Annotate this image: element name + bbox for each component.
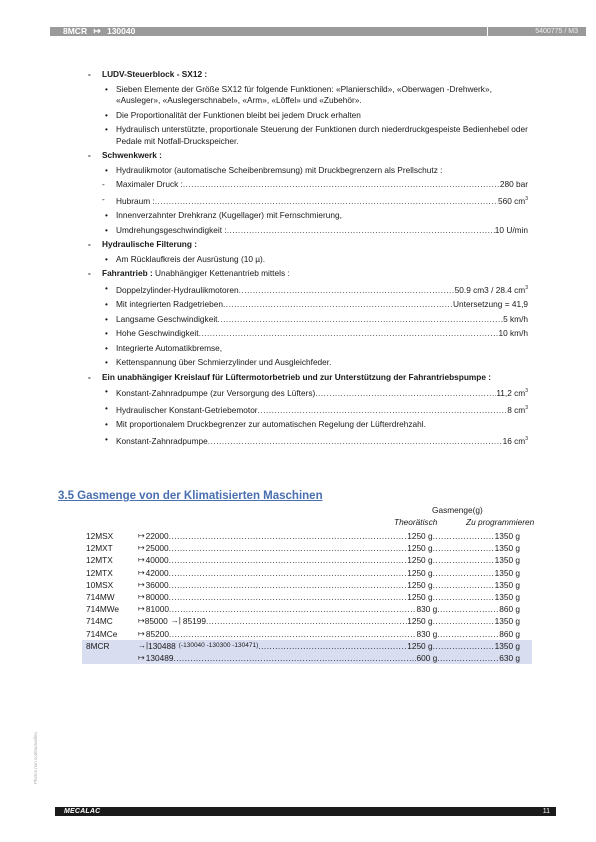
spec-label: Doppelzylinder-Hydraulikmotoren: [116, 285, 239, 297]
spec-bullet: •Hydraulisch unterstützte, proportionale…: [102, 124, 528, 147]
dash-marker: -: [88, 150, 91, 162]
theoretical-value: 1250 g: [407, 542, 432, 554]
spec-bullet: •Konstant-Zahnradpumpe 16 cm3: [102, 434, 528, 448]
spec-bullet: •Mit integrierten Radgetrieben Untersetz…: [102, 299, 528, 311]
spec-subitem: -Maximaler Druck : 280 bar: [88, 179, 528, 191]
bullet-text: Innenverzahnter Drehkranz (Kugellager) m…: [116, 210, 528, 222]
spec-bullet: •Langsame Geschwindigkeit5 km/h: [102, 314, 528, 326]
program-value: 1350 g: [495, 640, 520, 652]
bullet-text: Sieben Elemente der Größe SX12 für folge…: [116, 84, 528, 107]
spec-value: Untersetzung = 41,9: [453, 299, 528, 311]
header-serial: 130040: [107, 26, 135, 36]
spec-label: Hohe Geschwindigkeit: [116, 328, 199, 340]
dash-marker: -: [102, 194, 105, 206]
dash-marker: -: [102, 179, 105, 191]
serial-number: 40000: [146, 554, 169, 566]
theoretical-value: 1250 g: [407, 640, 432, 652]
section-heading: Ein unabhängiger Kreislauf für Lüftermot…: [102, 372, 528, 384]
serial-number: 25000: [146, 542, 169, 554]
spec-section: -Fahrantrieb : Unabhängiger Kettenantrie…: [88, 268, 528, 369]
spec-bullet: •Konstant-Zahnradpumpe (zur Versorgung d…: [102, 386, 528, 400]
model-cell: 10MSX: [86, 579, 113, 591]
dash-marker: -: [88, 69, 91, 81]
program-value: 860 g: [499, 603, 520, 615]
program-value: 630 g: [499, 652, 520, 664]
gas-table: 12MSX↦220001250 g1350 g12MXT↦250001250 g…: [82, 530, 532, 664]
serial-number: 81000: [146, 603, 169, 615]
spec-value: 5 km/h: [503, 314, 528, 326]
dot-leader: [433, 615, 495, 627]
dot-leader: [437, 652, 499, 664]
serial-number: 22000: [146, 530, 169, 542]
dash-marker: -: [88, 268, 91, 280]
dash-marker: -: [88, 372, 91, 384]
dot-leader: [315, 388, 496, 400]
theoretical-value: 1250 g: [407, 567, 432, 579]
bullet-icon: •: [105, 299, 108, 311]
dot-leader: [223, 299, 453, 311]
section-title-gas: 3.5 Gasmenge von der Klimatisierten Masc…: [58, 490, 323, 502]
bullet-icon: •: [105, 343, 108, 355]
bullet-text: Hydraulikmotor (automatische Scheibenbre…: [116, 165, 528, 177]
bullet-text: Hydraulisch unterstützte, proportionale …: [116, 124, 528, 147]
unit-superscript: 3: [525, 196, 528, 202]
serial-number: 80000: [146, 591, 169, 603]
dot-leader: [169, 554, 408, 566]
model-cell: 714MW: [86, 591, 115, 603]
spec-bullet: •Am Rücklaufkreis der Ausrüstung (10 µ).: [102, 254, 528, 266]
theoretical-value: 1250 g: [407, 554, 432, 566]
bullet-icon: •: [105, 403, 108, 415]
spec-value-line: Doppelzylinder-Hydraulikmotoren 50.9 cm3…: [116, 283, 528, 297]
section-heading: Schwenkwerk :: [102, 150, 528, 162]
program-value: 1350 g: [495, 579, 520, 591]
spec-label: Langsame Geschwindigkeit: [116, 314, 217, 326]
bullet-icon: •: [105, 210, 108, 222]
spec-value: 10 km/h: [498, 328, 528, 340]
mecalac-logo: MECALAC: [64, 807, 100, 816]
unit-superscript: 3: [525, 388, 528, 394]
dot-leader: [169, 628, 417, 640]
serial-cell: ↦130489600 g630 g: [138, 652, 520, 664]
serial-cell: ↦220001250 g1350 g: [138, 530, 520, 542]
col-group-label: Gasmenge(g): [432, 505, 483, 515]
dot-leader: [258, 405, 508, 417]
table-row: 12MTX↦420001250 g1350 g: [82, 567, 532, 579]
dot-leader: [169, 591, 408, 603]
spec-label: Maximaler Druck :: [116, 179, 183, 191]
spec-bullet: •Integrierte Automatikbremse,: [102, 343, 528, 355]
serial-cell: ↦400001250 g1350 g: [138, 554, 520, 566]
dot-leader: [199, 328, 499, 340]
spec-label: Hubraum :: [116, 196, 155, 208]
spec-value: 50.9 cm3 / 28.4 cm3: [455, 283, 528, 297]
bullet-icon: •: [105, 84, 108, 96]
spec-value-line: Hubraum : 560 cm3: [116, 194, 528, 208]
section-heading: Fahrantrieb : Unabhängiger Kettenantrieb…: [102, 268, 528, 280]
bullet-text: Integrierte Automatikbremse,: [116, 343, 528, 355]
bullet-icon: •: [105, 254, 108, 266]
bullet-text: Die Proportionalität der Funktionen blei…: [116, 110, 528, 122]
from-arrow-icon: ↦: [138, 615, 145, 627]
program-value: 1350 g: [495, 554, 520, 566]
model-cell: 12MTX: [86, 554, 113, 566]
dot-leader: [169, 530, 408, 542]
header-model: 8MCR: [63, 26, 87, 36]
dot-leader: [433, 591, 495, 603]
model-cell: 12MSX: [86, 530, 113, 542]
serial-cell: ↦800001250 g1350 g: [138, 591, 520, 603]
spec-bullet: •Doppelzylinder-Hydraulikmotoren 50.9 cm…: [102, 283, 528, 297]
spec-value-line: Konstant-Zahnradpumpe 16 cm3: [116, 434, 528, 448]
table-row: 12MXT↦250001250 g1350 g: [82, 542, 532, 554]
from-arrow-icon: ↦: [93, 27, 100, 36]
serial-cell: ↦85200830 g860 g: [138, 628, 520, 640]
section-heading: Hydraulische Filterung :: [102, 239, 528, 251]
dot-leader: [227, 225, 495, 237]
program-value: 1350 g: [495, 530, 520, 542]
spec-value: 560 cm3: [498, 194, 528, 208]
dot-leader: [169, 542, 408, 554]
spec-value-line: Konstant-Zahnradpumpe (zur Versorgung de…: [116, 386, 528, 400]
dot-leader: [183, 179, 500, 191]
dot-leader: [258, 640, 407, 652]
serial-number: 36000: [146, 579, 169, 591]
from-arrow-icon: ↦: [138, 567, 146, 579]
to-arrow-icon: →|: [171, 615, 181, 627]
theoretical-value: 600 g: [416, 652, 437, 664]
serial-cell: ↦250001250 g1350 g: [138, 542, 520, 554]
spec-value-line: Mit integrierten Radgetrieben Untersetzu…: [116, 299, 528, 311]
spec-value: 10 U/min: [495, 225, 528, 237]
spec-label: Konstant-Zahnradpumpe (zur Versorgung de…: [116, 388, 315, 400]
bullet-text: Am Rücklaufkreis der Ausrüstung (10 µ).: [116, 254, 528, 266]
table-row: 714MC↦85000→|851991250 g1350 g: [82, 615, 532, 627]
spec-subitem: -Hubraum : 560 cm3: [88, 194, 528, 208]
spec-value-line: Langsame Geschwindigkeit5 km/h: [116, 314, 528, 326]
unit-superscript: 3: [525, 405, 528, 411]
spec-content: -LUDV-Steuerblock - SX12 :•Sieben Elemen…: [88, 69, 528, 447]
unit-superscript: 3: [525, 285, 528, 291]
theoretical-value: 1250 g: [407, 615, 432, 627]
dot-leader: [433, 530, 495, 542]
dot-leader: [437, 628, 499, 640]
from-arrow-icon: ↦: [138, 628, 146, 640]
bullet-icon: •: [105, 283, 108, 295]
to-arrow-icon: →|: [138, 640, 148, 652]
program-value: 1350 g: [495, 567, 520, 579]
program-value: 1350 g: [495, 615, 520, 627]
dot-leader: [169, 567, 408, 579]
table-row: ↦130489600 g630 g: [82, 652, 532, 664]
spec-value-line: Maximaler Druck : 280 bar: [116, 179, 528, 191]
dot-leader: [433, 567, 495, 579]
table-row: 10MSX↦360001250 g1350 g: [82, 579, 532, 591]
bullet-icon: •: [105, 357, 108, 369]
serial-cell: ↦85000→|851991250 g1350 g: [138, 615, 520, 627]
spec-section: -Ein unabhängiger Kreislauf für Lüftermo…: [88, 372, 528, 448]
spec-section: -Schwenkwerk :•Hydraulikmotor (automatis…: [88, 150, 528, 236]
col-program: Zu programmieren: [466, 517, 534, 527]
spec-bullet: •Hydraulikmotor (automatische Scheibenbr…: [102, 165, 528, 177]
from-arrow-icon: ↦: [138, 652, 146, 664]
dot-leader: [173, 652, 416, 664]
serial-number: 130488: [148, 640, 176, 652]
spec-bullet: •Hohe Geschwindigkeit 10 km/h: [102, 328, 528, 340]
dot-leader: [206, 615, 407, 627]
theoretical-value: 1250 g: [407, 530, 432, 542]
program-value: 1350 g: [495, 591, 520, 603]
spec-bullet: •Die Proportionalität der Funktionen ble…: [102, 110, 528, 122]
spec-value-line: Hohe Geschwindigkeit 10 km/h: [116, 328, 528, 340]
col-theoretical: Theorätisch: [394, 517, 437, 527]
doc-reference: 5400775 / M3: [487, 27, 586, 36]
spec-bullet: •Kettenspannung über Schmierzylinder und…: [102, 357, 528, 369]
bullet-icon: •: [105, 165, 108, 177]
serial-number: 85000: [145, 615, 168, 627]
bullet-icon: •: [105, 314, 108, 326]
serial-number: 130489: [146, 652, 174, 664]
spec-value-line: Umdrehungsgeschwindigkeit : 10 U/min: [116, 225, 528, 237]
dot-leader: [208, 436, 503, 448]
spec-bullet: •Innenverzahnter Drehkranz (Kugellager) …: [102, 210, 528, 222]
bullet-text: Mit proportionalem Druckbegrenzer zur au…: [116, 419, 528, 431]
theoretical-value: 830 g: [416, 628, 437, 640]
table-row: 714MWe↦81000830 g860 g: [82, 603, 532, 615]
program-value: 860 g: [499, 628, 520, 640]
theoretical-value: 1250 g: [407, 579, 432, 591]
section-heading: LUDV-Steuerblock - SX12 :: [102, 69, 528, 81]
bullet-text: Kettenspannung über Schmierzylinder und …: [116, 357, 528, 369]
dot-leader: [433, 640, 495, 652]
serial-number: 85200: [146, 628, 169, 640]
dash-marker: -: [88, 239, 91, 251]
footer-bar: MECALAC 11: [55, 807, 556, 816]
spec-section: -Hydraulische Filterung :•Am Rücklaufkre…: [88, 239, 528, 265]
from-arrow-icon: ↦: [138, 603, 146, 615]
spec-bullet: •Umdrehungsgeschwindigkeit : 10 U/min: [102, 225, 528, 237]
serial-number: 42000: [146, 567, 169, 579]
dot-leader: [239, 285, 455, 297]
spec-value: 8 cm3: [507, 403, 528, 417]
serial-number-end: 85199: [183, 615, 206, 627]
spec-bullet: •Sieben Elemente der Größe SX12 für folg…: [102, 84, 528, 107]
dot-leader: [433, 542, 495, 554]
dot-leader: [169, 603, 417, 615]
serial-exceptions: (-130040 -130300 -130471): [179, 640, 259, 652]
header-bar: 8MCR ↦ 130040: [50, 27, 487, 36]
serial-cell: ↦81000830 g860 g: [138, 603, 520, 615]
spec-bullet: •Hydraulischer Konstant-Getriebemotor 8 …: [102, 403, 528, 417]
spec-label: Hydraulischer Konstant-Getriebemotor: [116, 405, 258, 417]
dot-leader: [437, 603, 499, 615]
model-cell: 12MXT: [86, 542, 113, 554]
bullet-icon: •: [105, 386, 108, 398]
spec-section: -LUDV-Steuerblock - SX12 :•Sieben Elemen…: [88, 69, 528, 147]
spec-value-line: Hydraulischer Konstant-Getriebemotor 8 c…: [116, 403, 528, 417]
model-cell: 714MC: [86, 615, 113, 627]
table-row: 8MCR→|130488(-130040 -130300 -130471)125…: [82, 640, 532, 652]
table-row: 714MW↦800001250 g1350 g: [82, 591, 532, 603]
section-heading-rest: Unabhängiger Kettenantrieb mittels :: [153, 268, 290, 278]
unit-superscript: 3: [525, 436, 528, 442]
theoretical-value: 830 g: [416, 603, 437, 615]
from-arrow-icon: ↦: [138, 530, 146, 542]
from-arrow-icon: ↦: [138, 579, 146, 591]
spec-label: Umdrehungsgeschwindigkeit :: [116, 225, 227, 237]
dot-leader: [433, 554, 495, 566]
dot-leader: [433, 579, 495, 591]
bullet-icon: •: [105, 328, 108, 340]
spec-label: Konstant-Zahnradpumpe: [116, 436, 208, 448]
dot-leader: [169, 579, 408, 591]
bullet-icon: •: [105, 419, 108, 431]
table-row: 12MTX↦400001250 g1350 g: [82, 554, 532, 566]
bullet-icon: •: [105, 110, 108, 122]
table-row: 714MCe↦85200830 g860 g: [82, 628, 532, 640]
page-number: 11: [543, 807, 550, 816]
spec-bullet: •Mit proportionalem Druckbegrenzer zur a…: [102, 419, 528, 431]
spec-value: 280 bar: [500, 179, 528, 191]
serial-cell: ↦360001250 g1350 g: [138, 579, 520, 591]
bullet-icon: •: [105, 225, 108, 237]
from-arrow-icon: ↦: [138, 542, 146, 554]
dot-leader: [155, 196, 498, 208]
dot-leader: [217, 314, 503, 326]
disclaimer-note: Photos non contractuelles.: [33, 731, 38, 784]
serial-cell: →|130488(-130040 -130300 -130471)1250 g1…: [138, 640, 520, 652]
table-row: 12MSX↦220001250 g1350 g: [82, 530, 532, 542]
bullet-icon: •: [105, 124, 108, 136]
model-cell: 12MTX: [86, 567, 113, 579]
bullet-icon: •: [105, 434, 108, 446]
serial-cell: ↦420001250 g1350 g: [138, 567, 520, 579]
theoretical-value: 1250 g: [407, 591, 432, 603]
from-arrow-icon: ↦: [138, 591, 146, 603]
spec-value: 11,2 cm3: [496, 386, 528, 400]
model-cell: 714MCe: [86, 628, 117, 640]
program-value: 1350 g: [495, 542, 520, 554]
from-arrow-icon: ↦: [138, 554, 146, 566]
model-cell: 8MCR: [86, 640, 110, 652]
spec-label: Mit integrierten Radgetrieben: [116, 299, 223, 311]
model-cell: 714MWe: [86, 603, 119, 615]
spec-value: 16 cm3: [503, 434, 528, 448]
